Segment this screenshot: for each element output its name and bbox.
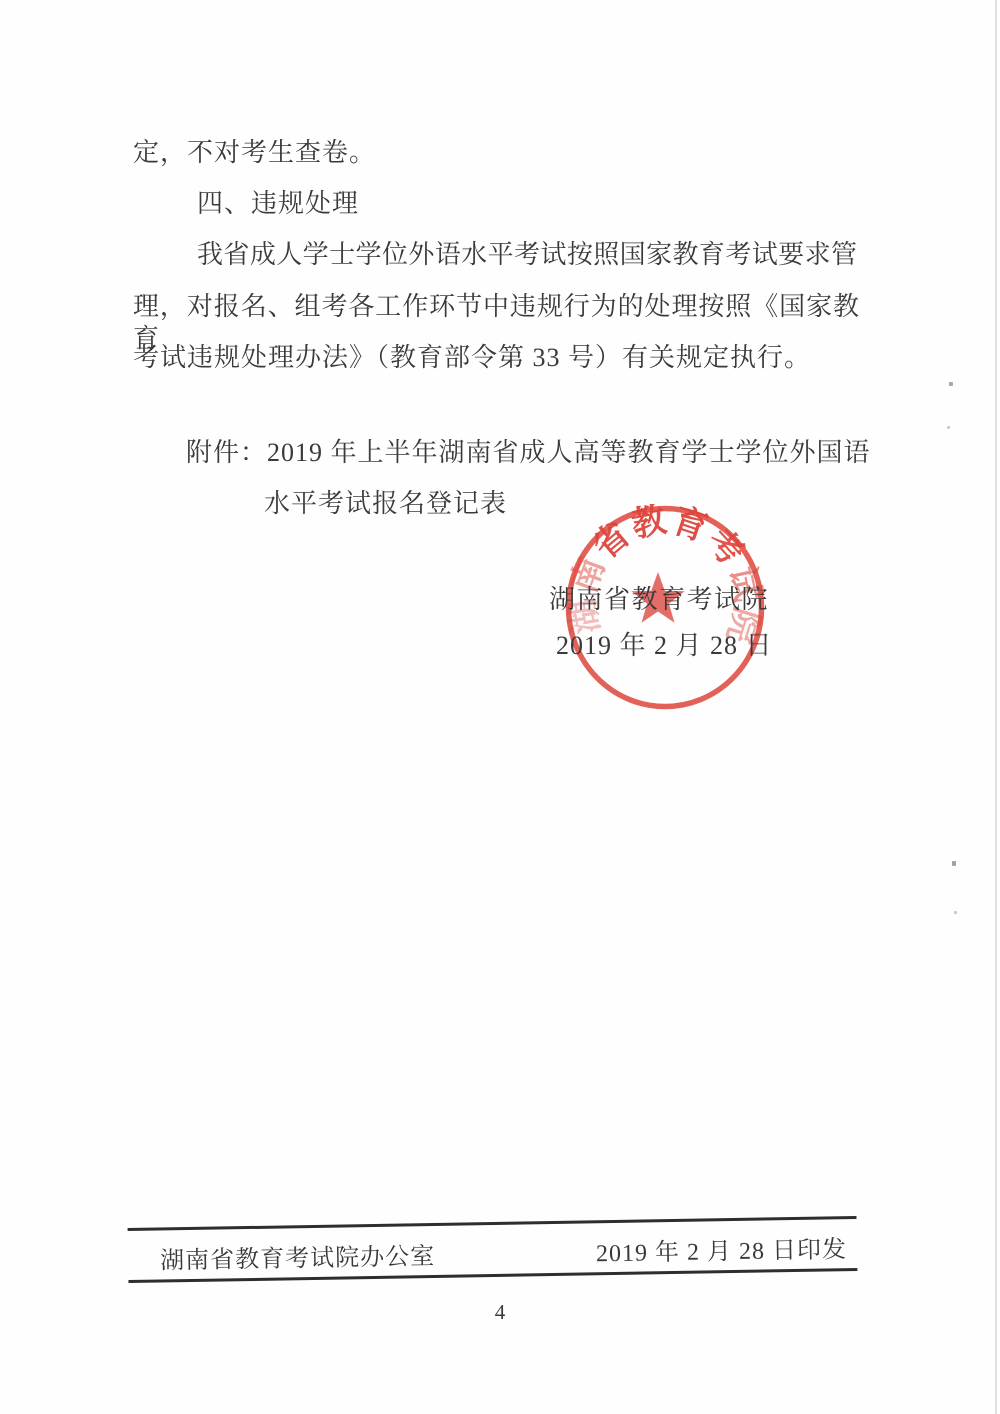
scan-edge-line bbox=[995, 0, 997, 1414]
attachment-line-1: 附件：2019 年上半年湖南省成人高等教育学士学位外国语 bbox=[186, 437, 871, 469]
page-number: 4 bbox=[0, 1300, 1000, 1325]
paragraph-line-3: 考试违规处理办法》（教育部令第 33 号）有关规定执行。 bbox=[133, 342, 811, 374]
section-heading: 四、违规处理 bbox=[197, 188, 359, 220]
scan-speck bbox=[954, 911, 957, 914]
scan-speck bbox=[952, 861, 956, 866]
footer-top-rule bbox=[128, 1216, 857, 1231]
signoff-organization: 湖南省教育考试院 bbox=[549, 584, 769, 616]
paragraph-line-1: 我省成人学士学位外语水平考试按照国家教育考试要求管 bbox=[197, 239, 857, 271]
scan-speck bbox=[947, 426, 950, 429]
document-page: 定，不对考生查卷。 四、违规处理 我省成人学士学位外语水平考试按照国家教育考试要… bbox=[0, 0, 1000, 1414]
footer-issuing-office: 湖南省教育考试院办公室 bbox=[160, 1236, 436, 1276]
signoff-date: 2019 年 2 月 28 日 bbox=[556, 630, 773, 662]
footer: 湖南省教育考试院办公室 2019 年 2 月 28 日印发 bbox=[128, 1216, 858, 1286]
body-line-carryover: 定，不对考生查卷。 bbox=[133, 137, 376, 169]
attachment-line-2: 水平考试报名登记表 bbox=[264, 488, 507, 520]
footer-print-date: 2019 年 2 月 28 日印发 bbox=[596, 1229, 848, 1268]
seal-ring-text: 湖南省教育考试院 bbox=[562, 504, 767, 650]
scan-speck bbox=[949, 382, 953, 386]
